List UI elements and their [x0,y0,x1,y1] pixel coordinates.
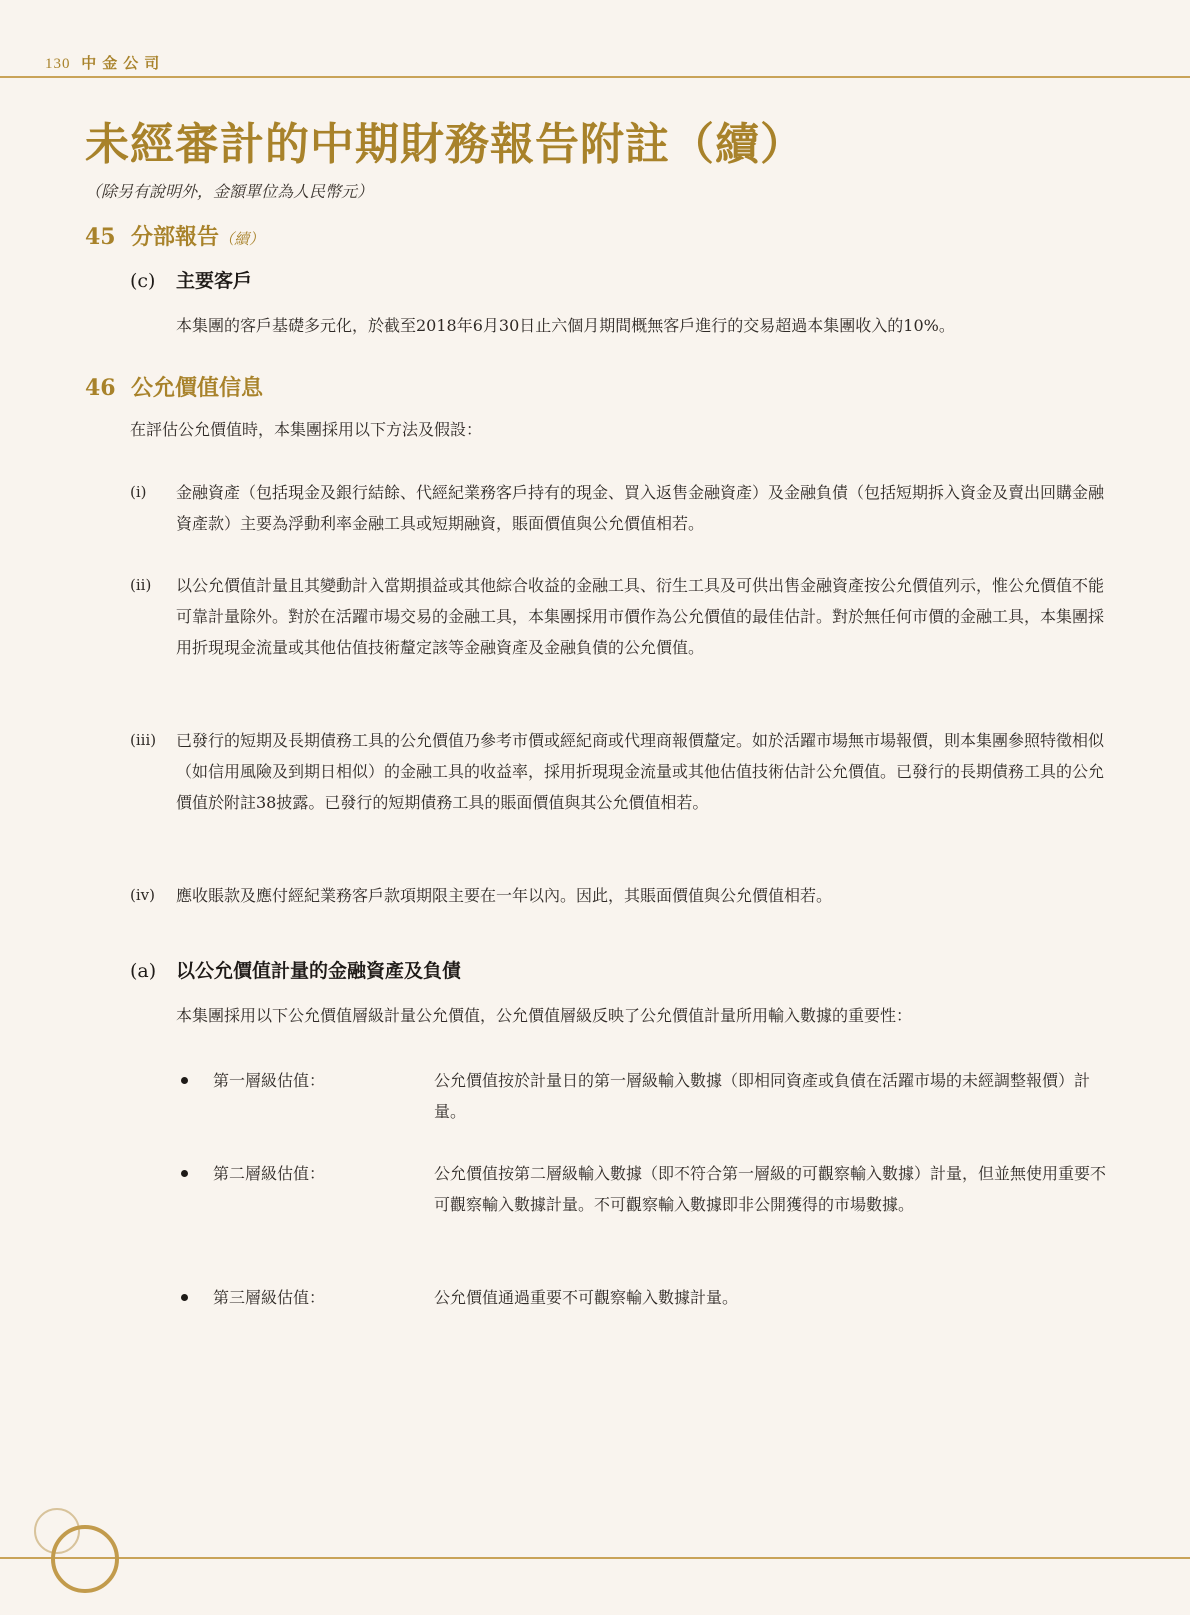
subsection-label: (a) [130,960,176,982]
section-title: 公允價值信息 [131,375,263,401]
method-item: (iii) 已發行的短期及長期債務工具的公允價值乃參考市價或經紀商或代理商報價釐… [130,725,1105,818]
item-label: (i) [130,477,147,508]
major-customers-text: 本集團的客戶基礎多元化，於截至2018年6月30日止六個月期間概無客戶進行的交易… [176,310,1106,341]
method-item: (iv) 應收賬款及應付經紀業務客戶款項期限主要在一年以內。因此，其賬面價值與公… [130,880,1105,911]
level-description: 公允價值按於計量日的第一層級輸入數據（即相同資產或負債在活躍市場的未經調整報價）… [434,1065,1106,1127]
section-number: 46 [85,375,131,401]
subsection-label: (c) [130,270,176,292]
continued-note: （續） [219,230,264,248]
subsection-title: 主要客戶 [176,270,252,292]
section-number: 45 [85,224,131,250]
hierarchy-level-item: 第一層級估值： 公允價值按於計量日的第一層級輸入數據（即相同資產或負債在活躍市場… [176,1065,1106,1127]
bullet-icon [181,1170,188,1177]
decorative-ring-icon [51,1525,119,1593]
item-label: (iii) [130,725,156,756]
item-label: (iv) [130,880,155,911]
section-title: 分部報告 [131,224,219,250]
bullet-icon [181,1077,188,1084]
hierarchy-level-item: 第二層級估值： 公允價值按第二層級輸入數據（即不符合第一層級的可觀察輸入數據）計… [176,1158,1106,1220]
header-rule [0,76,1190,78]
level-label: 第三層級估值： [213,1282,325,1313]
bullet-icon [181,1294,188,1301]
company-name: 中金公司 [81,56,165,72]
item-text: 已發行的短期及長期債務工具的公允價值乃參考市價或經紀商或代理商報價釐定。如於活躍… [176,725,1105,818]
item-text: 金融資產（包括現金及銀行結餘、代經紀業務客戶持有的現金、買入返售金融資產）及金融… [176,477,1105,539]
section-46-heading: 46公允價值信息 [85,371,263,402]
subsection-a-heading: (a)以公允價值計量的金融資產及負債 [130,956,461,983]
subsection-c-heading: (c)主要客戶 [130,266,252,293]
footer-rule [0,1557,1190,1559]
item-label: (ii) [130,570,151,601]
level-description: 公允價值通過重要不可觀察輸入數據計量。 [434,1282,1106,1313]
method-item: (i) 金融資產（包括現金及銀行結餘、代經紀業務客戶持有的現金、買入返售金融資產… [130,477,1105,539]
page-title: 未經審計的中期財務報告附註（續） [85,108,805,172]
page-header: 130 中金公司 [45,52,165,73]
level-description: 公允價值按第二層級輸入數據（即不符合第一層級的可觀察輸入數據）計量，但並無使用重… [434,1158,1106,1220]
section-46-intro: 在評估公允價值時，本集團採用以下方法及假設： [130,414,482,445]
currency-note: （除另有說明外，金額單位為人民幣元） [85,179,373,202]
hierarchy-level-item: 第三層級估值： 公允價值通過重要不可觀察輸入數據計量。 [176,1282,1106,1313]
item-text: 應收賬款及應付經紀業務客戶款項期限主要在一年以內。因此，其賬面價值與公允價值相若… [176,880,1105,911]
level-label: 第一層級估值： [213,1065,325,1096]
method-item: (ii) 以公允價值計量且其變動計入當期損益或其他綜合收益的金融工具、衍生工具及… [130,570,1105,663]
section-45-heading: 45分部報告（續） [85,220,264,251]
subsection-title: 以公允價值計量的金融資產及負債 [176,960,461,982]
item-text: 以公允價值計量且其變動計入當期損益或其他綜合收益的金融工具、衍生工具及可供出售金… [176,570,1105,663]
level-label: 第二層級估值： [213,1158,325,1189]
hierarchy-intro: 本集團採用以下公允價值層級計量公允價值，公允價值層級反映了公允價值計量所用輸入數… [176,1000,1106,1031]
page-number: 130 [45,56,71,72]
